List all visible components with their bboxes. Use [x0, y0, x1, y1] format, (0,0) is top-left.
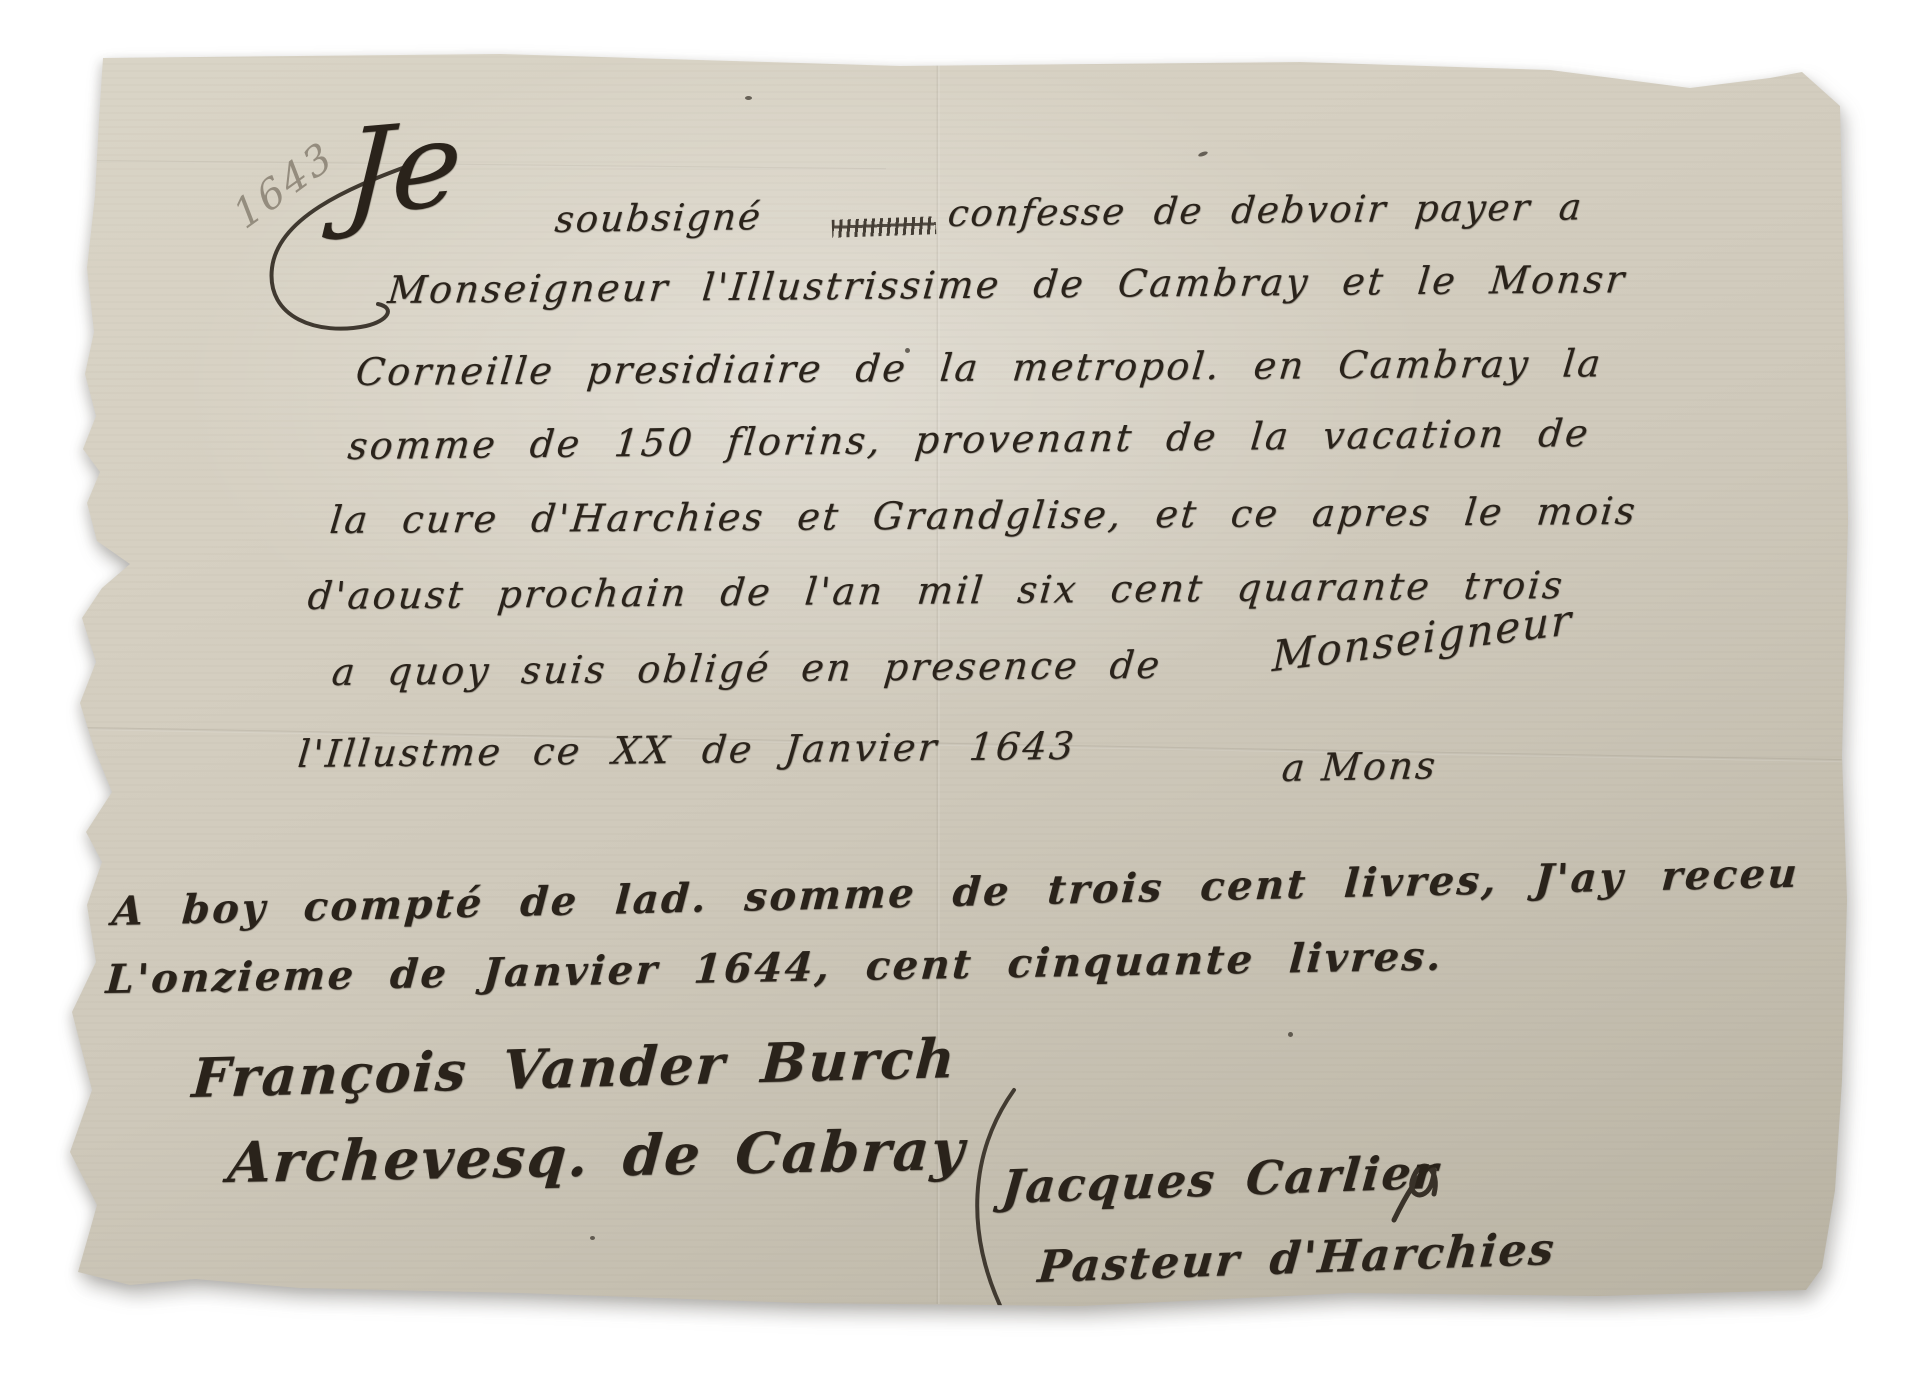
signature-right-name: Jacques Carlier: [1000, 1145, 1442, 1214]
signature-right-title: Pasteur d'Harchies: [1036, 1224, 1558, 1293]
body-line-3: Corneille presidiaire de la metropol. en…: [354, 341, 1605, 394]
body-line-7: a quoy suis obligé en presence de: [330, 643, 1164, 694]
body-line-1b: confesse de debvoir payer a: [946, 185, 1585, 235]
ink-speck: [1198, 150, 1209, 157]
body-line-6: d'aoust prochain de l'an mil six cent qu…: [306, 563, 1567, 618]
initial-flourish: [258, 158, 458, 348]
body-line-4: somme de 150 florins, provenant de la va…: [346, 411, 1592, 468]
upper-fold-crease: [96, 160, 886, 170]
receipt-line-2: L'onzieme de Janvier 1644, cent cinquant…: [104, 933, 1445, 1003]
signature-paraph-flourish: [1382, 1142, 1452, 1232]
body-line-5: la cure d'Harchies et Grandglise, et ce …: [328, 489, 1640, 542]
manuscript-paper: 1643 Je soubsigné confesse de debvoir pa…: [0, 0, 1920, 1377]
body-line-8-place: a Mons: [1280, 743, 1439, 790]
photo-background: 1643 Je soubsigné confesse de debvoir pa…: [0, 0, 1920, 1377]
receipt-line-1: A boy compté de lad. somme de trois cent…: [110, 850, 1800, 935]
paper-shadow-wrap: 1643 Je soubsigné confesse de debvoir pa…: [0, 0, 1920, 1377]
body-line-8: l'Illustme ce XX de Janvier 1643: [296, 724, 1078, 776]
body-line-2: Monseigneur l'Illustrissime de Cambray e…: [386, 257, 1629, 312]
signature-left-title: Archevesq. de Cabray: [226, 1117, 968, 1196]
signature-left-name: François Vander Burch: [190, 1026, 958, 1110]
crossed-out-word: [832, 216, 937, 238]
ink-speck: [745, 96, 752, 100]
body-line-1a: soubsigné: [553, 195, 764, 241]
ink-speck: [1288, 1032, 1293, 1037]
ink-speck: [905, 348, 910, 353]
ink-speck: [590, 1236, 595, 1240]
